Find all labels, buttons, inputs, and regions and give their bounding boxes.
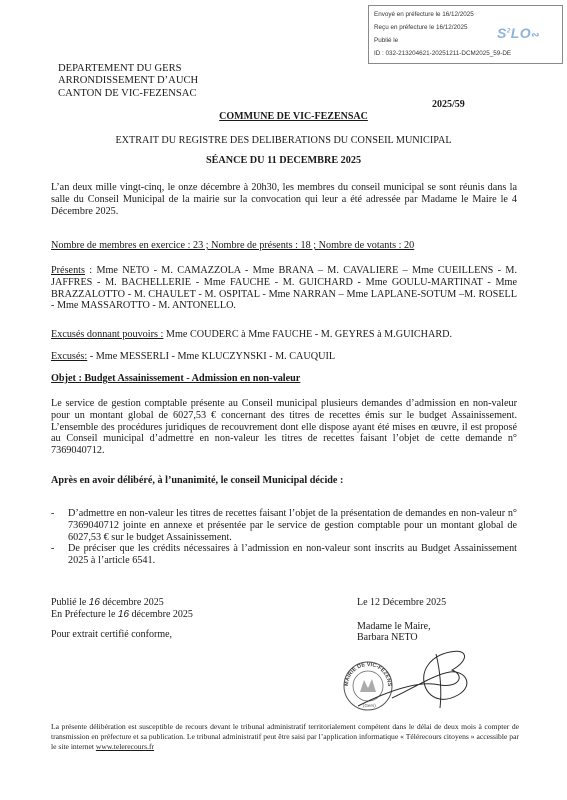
prefecture-stamp: Envoyé en préfecture le 16/12/2025 Reçu … (368, 5, 563, 64)
signature-block: Le 12 Décembre 2025 Madame le Maire, Bar… (357, 597, 446, 644)
decision-list: - D’admettre en non-valeur les titres de… (51, 508, 517, 567)
excused-list: - Mme MESSERLI - Mme KLUCZYNSKI - M. CAU… (87, 351, 335, 362)
signature-role: Madame le Maire, (357, 621, 446, 633)
bird-icon: ∾ (531, 30, 540, 41)
stamp-id: ID : 032-213204621-20251211-DCM2025_59-D… (374, 50, 511, 57)
excused-label: Excusés: (51, 351, 87, 362)
header-arrondissement: ARRONDISSEMENT D’AUCH (58, 75, 198, 87)
telerecours-link[interactable]: www.telerecours.fr (96, 742, 154, 751)
signature-date: Le 12 Décembre 2025 (357, 597, 446, 609)
mairie-seal-icon: MAIRIE DE VIC-FEZENSAC (Gers) (340, 650, 392, 710)
department-header: DEPARTEMENT DU GERS ARRONDISSEMENT D’AUC… (58, 63, 198, 100)
excused-members: Excusés: - Mme MESSERLI - Mme KLUCZYNSKI… (51, 351, 517, 363)
body-paragraph: Le service de gestion comptable présente… (51, 398, 517, 457)
certified-statement: Pour extrait certifié conforme, (51, 629, 193, 641)
stamp-sent: Envoyé en préfecture le 16/12/2025 (374, 11, 474, 18)
proxy-list: Mme COUDERC à Mme FAUCHE - M. GEYRES à M… (163, 329, 452, 340)
decision-item: - De préciser que les crédits nécessaire… (51, 543, 517, 567)
header-canton: CANTON DE VIC-FEZENSAC (58, 88, 198, 100)
subject-heading: Objet : Budget Assainissement - Admissio… (51, 373, 517, 385)
publication-info: Publié le 16 décembre 2025 En Préfecture… (51, 597, 193, 641)
extract-title: EXTRAIT DU REGISTRE DES DELIBERATIONS DU… (0, 135, 567, 146)
proxy-label: Excusés donnant pouvoirs : (51, 329, 163, 340)
svg-text:(Gers): (Gers) (363, 703, 376, 708)
decision-item: - D’admettre en non-valeur les titres de… (51, 508, 517, 543)
published-date: Publié le 16 décembre 2025 (51, 597, 193, 609)
decision-heading: Après en avoir délibéré, à l’unanimité, … (51, 475, 517, 487)
present-list: : Mme NETO - M. CAMAZZOLA - Mme BRANA – … (51, 265, 517, 311)
session-title: SÉANCE DU 11 DECEMBRE 2025 (0, 155, 567, 166)
stamp-published: Publié le (374, 37, 398, 44)
present-members: Présents : Mme NETO - M. CAMAZZOLA - Mme… (51, 265, 517, 312)
member-counts: Nombre de membres en exercice : 23 ; Nom… (51, 240, 517, 252)
stamp-received: Reçu en préfecture le 16/12/2025 (374, 24, 467, 31)
slo-logo: S2LO∾ (497, 25, 540, 41)
intro-paragraph: L’an deux mille vingt-cinq, le onze déce… (51, 182, 517, 217)
svg-text:MAIRIE DE VIC-FEZENSAC: MAIRIE DE VIC-FEZENSAC (340, 650, 392, 687)
legal-notice: La présente délibération est susceptible… (51, 722, 519, 751)
present-label: Présents (51, 265, 85, 276)
deliberation-reference: 2025/59 (432, 99, 465, 110)
seal-and-signature: MAIRIE DE VIC-FEZENSAC (Gers) (340, 650, 480, 718)
proxy-members: Excusés donnant pouvoirs : Mme COUDERC à… (51, 329, 517, 341)
prefecture-date: En Préfecture le 16 décembre 2025 (51, 609, 193, 621)
commune-title: COMMUNE DE VIC-FEZENSAC (0, 111, 567, 122)
header-department: DEPARTEMENT DU GERS (58, 63, 198, 75)
signature-name: Barbara NETO (357, 632, 446, 644)
